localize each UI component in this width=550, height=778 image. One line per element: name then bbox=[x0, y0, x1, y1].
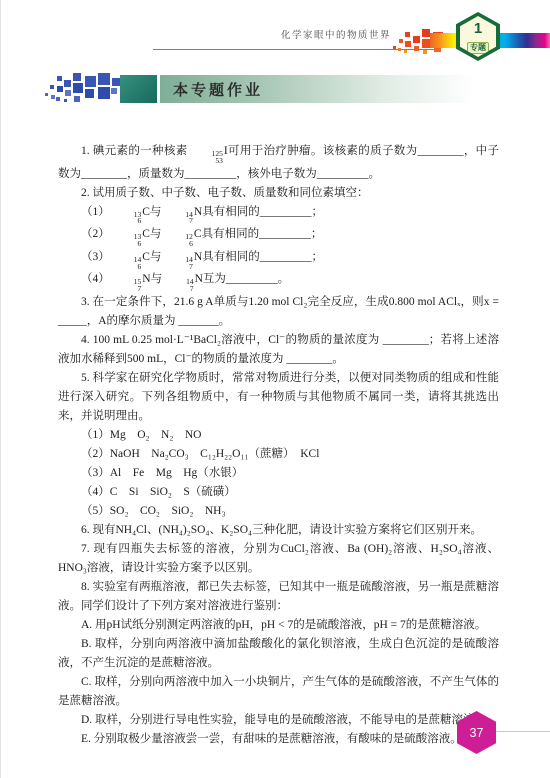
question-8-option: D. 取样，分别进行导电性实验，能导电的是硫酸溶液，不能导电的是蔗糖溶液。 bbox=[58, 711, 499, 730]
page-number: 37 bbox=[470, 726, 484, 740]
chapter-badge-face: 1 专题 bbox=[460, 16, 496, 57]
isotope-notation: 146 bbox=[111, 257, 142, 271]
question-8-option: A. 用pH试纸分别测定两溶液的pH，pH < 7的是硫酸溶液，pH = 7的是… bbox=[58, 616, 499, 635]
question-2-item: （2）136C与126C具有相同的_________； bbox=[58, 225, 499, 248]
question-4: 4. 100 mL 0.25 mol·L⁻¹BaCl₂溶液中，Cl⁻的物质的量浓… bbox=[58, 331, 499, 369]
question-6: 6. 现有NH₄Cl、(NH₄)₂SO₄、K₂SO₄三种化肥，请设计实验方案将它… bbox=[58, 521, 499, 540]
chapter-badge-number: 1 bbox=[460, 16, 496, 37]
section-title: 本专题作业 bbox=[160, 79, 263, 100]
question-5-item: （1）Mg O₂ N₂ NO bbox=[58, 426, 499, 445]
question-5-item: （2）NaOH Na₂CO₃ C₁₂H₂₂O₁₁（蔗糖） KCl bbox=[58, 445, 499, 464]
question-3: 3. 在一定条件下，21.6 g A单质与1.20 mol Cl₂完全反应，生成… bbox=[58, 293, 499, 331]
question-5-item: （4）C Si SiO₂ S（硫磺） bbox=[58, 483, 499, 502]
question-2-item: （4）157N与147N互为_________。 bbox=[58, 270, 499, 293]
isotope-notation: 147 bbox=[162, 257, 193, 271]
question-7: 7. 现有四瓶失去标签的溶液，分别为CuCl₂溶液、Ba (OH)₂溶液、H₂S… bbox=[58, 540, 499, 578]
question-8-intro: 8. 实验室有两瓶溶液，都已失去标签，已知其中一瓶是硫酸溶液，另一瓶是蔗糖溶液。… bbox=[58, 578, 499, 616]
isotope-notation: 147 bbox=[163, 279, 194, 293]
isotope-notation: 12553 bbox=[189, 151, 223, 165]
isotope-notation: 136 bbox=[111, 212, 142, 226]
question-5-item: （3）Al Fe Mg Hg（水银） bbox=[58, 464, 499, 483]
chapter-badge-label: 专题 bbox=[467, 42, 489, 54]
question-5-item: （5）SO₂ CO₂ SiO₂ NH₃ bbox=[58, 502, 499, 521]
section-banner: 本专题作业 bbox=[160, 75, 510, 103]
isotope-notation: 147 bbox=[162, 212, 193, 226]
question-2-item: （3）146C与147N具有相同的_________； bbox=[58, 248, 499, 271]
isotope-notation: 157 bbox=[111, 279, 142, 293]
homework-body: 1. 碘元素的一种核素12553I可用于治疗肿瘤。该核素的质子数为_______… bbox=[58, 142, 499, 749]
question-8-option: E. 分别取极少量溶液尝一尝，有甜味的是蔗糖溶液，有酸味的是硫酸溶液。 bbox=[58, 730, 499, 749]
question-8-option: B. 取样，分别向两溶液中滴加盐酸酸化的氯化钡溶液，生成白色沉淀的是硫酸溶液，不… bbox=[58, 635, 499, 673]
question-2-intro: 2. 试用质子数、中子数、电子数、质量数和同位素填空： bbox=[58, 184, 499, 203]
banner-pixel-mosaic-icon bbox=[44, 71, 122, 105]
banner-teal-block bbox=[120, 75, 157, 103]
chapter-badge-hexagon: 1 专题 bbox=[456, 12, 500, 61]
question-1: 1. 碘元素的一种核素12553I可用于治疗肿瘤。该核素的质子数为_______… bbox=[58, 142, 499, 184]
isotope-notation: 136 bbox=[111, 234, 142, 248]
chapter-title: 化学家眼中的物质世界 bbox=[1, 27, 391, 41]
textbook-page: 化学家眼中的物质世界 1 专题 bbox=[0, 0, 550, 778]
question-8-option: C. 取样，分别向两溶液中加入一小块铜片，产生气体的是硫酸溶液，不产生气体的是蔗… bbox=[58, 673, 499, 711]
question-2-item: （1）136C与147N具有相同的_________； bbox=[58, 203, 499, 226]
isotope-notation: 126 bbox=[162, 234, 193, 248]
question-5-intro: 5. 科学家在研究化学物质时，常常对物质进行分类，以便对同类物质的组成和性能进行… bbox=[58, 369, 499, 426]
